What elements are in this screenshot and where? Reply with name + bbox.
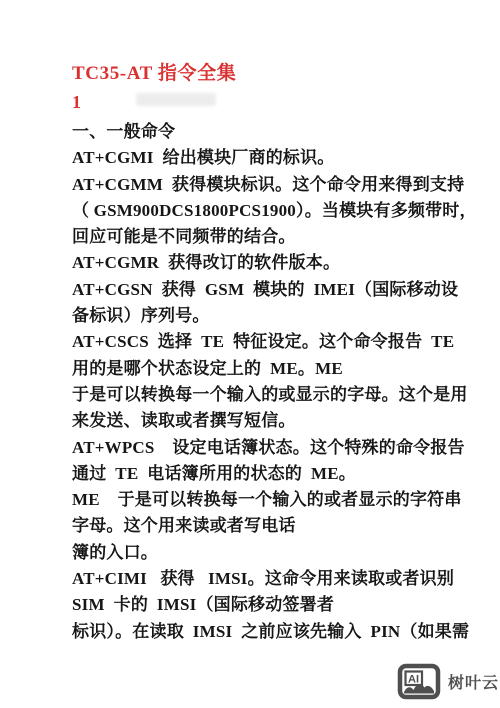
text-line: AT+CGMI 给出模块厂商的标识。 xyxy=(72,145,452,171)
text-line: （ GSM900DCS1800PCS1900）。当模块有多频带时， xyxy=(72,198,452,224)
text-line: AT+WPCS 设定电话簿状态。这个特殊的命令报告 xyxy=(72,435,452,461)
body-text-block: 一、一般命令 AT+CGMI 给出模块厂商的标识。 AT+CGMM 获得模块标识… xyxy=(72,119,452,645)
text-line: 簿的入口。 xyxy=(72,540,452,566)
text-line: 备标识）序列号。 xyxy=(72,303,452,329)
text-line: 回应可能是不同频带的结合。 xyxy=(72,224,452,250)
text-line: AT+CGSN 获得 GSM 模块的 IMEI（国际移动设 xyxy=(72,277,452,303)
text-line: SIM 卡的 IMSI（国际移动签署者 xyxy=(72,592,452,618)
page-title: TC35-AT 指令全集 xyxy=(72,60,452,88)
ai-image-logo-icon: AI xyxy=(397,661,441,701)
scan-artifact xyxy=(136,93,216,106)
text-line: 通过 TE 电话簿所用的状态的 ME。 xyxy=(72,461,452,487)
section-heading: 一、一般命令 xyxy=(72,119,452,145)
text-line: AT+CSCS 选择 TE 特征设定。这个命令报告 TE xyxy=(72,329,452,355)
section-number: 1 xyxy=(72,88,452,116)
text-line: ME 于是可以转换每一个输入的或者显示的字符串 xyxy=(72,487,452,513)
text-line: AT+CGMR 获得改订的软件版本。 xyxy=(72,250,452,276)
document-page: TC35-AT 指令全集 1 一、一般命令 AT+CGMI 给出模块厂商的标识。… xyxy=(0,0,500,708)
text-line: 字母。这个用来读或者写电话 xyxy=(72,513,452,539)
text-line: AT+CIMI 获得 IMSI。这命令用来读取或者识别 xyxy=(72,566,452,592)
watermark: AI 树叶云 xyxy=(397,661,499,701)
text-line: 用的是哪个状态设定上的 ME。ME xyxy=(72,356,452,382)
text-line: 于是可以转换每一个输入的或显示的字母。这个是用 xyxy=(72,382,452,408)
ai-logo-label: AI xyxy=(408,674,419,686)
document-content: TC35-AT 指令全集 1 一、一般命令 AT+CGMI 给出模块厂商的标识。… xyxy=(72,60,452,645)
watermark-brand-text: 树叶云 xyxy=(448,670,499,693)
text-line: 来发送、读取或者撰写短信。 xyxy=(72,408,452,434)
text-line: AT+CGMM 获得模块标识。这个命令用来得到支持 xyxy=(72,172,452,198)
text-line: 标识）。在读取 IMSI 之前应该先输入 PIN（如果需 xyxy=(72,619,452,645)
